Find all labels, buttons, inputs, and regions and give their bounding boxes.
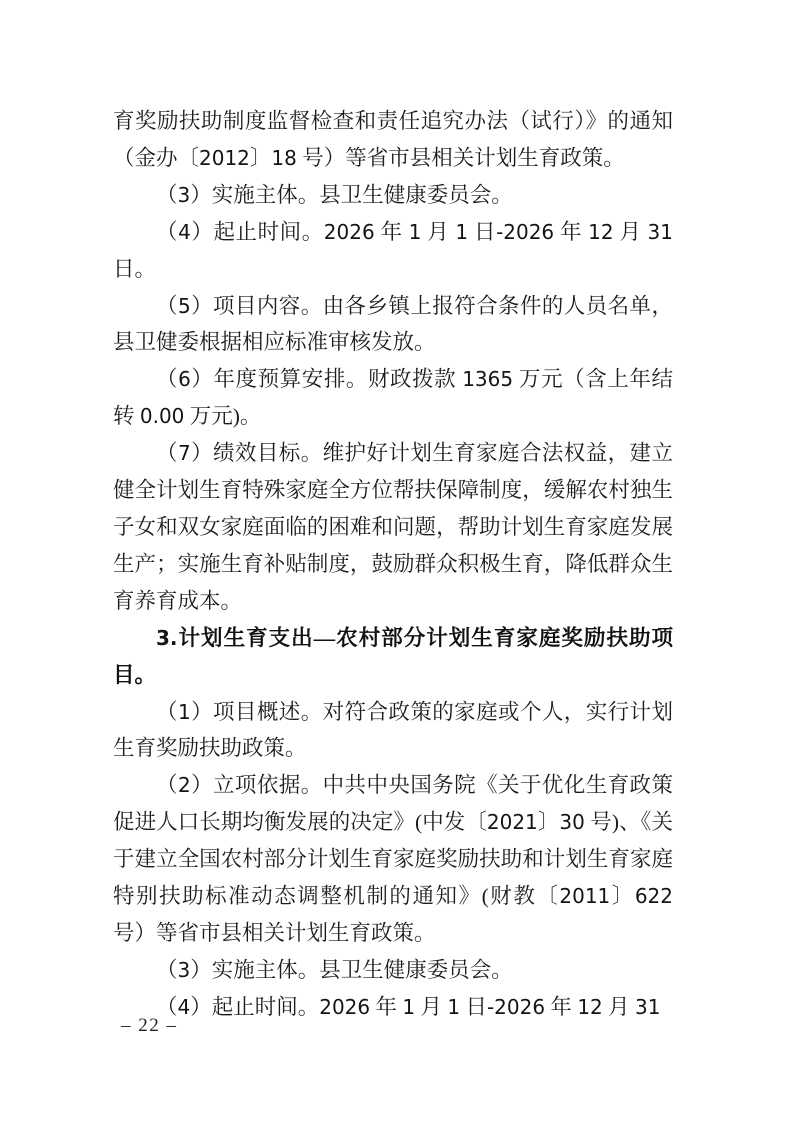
- paragraph-item-1-overview: （1）项目概述。对符合政策的家庭或个人，实行计划生育奖励扶助政策。: [113, 694, 673, 768]
- document-body: 育奖励扶助制度监督检查和责任追究办法（试行）》的通知（金办〔2012〕18 号）…: [113, 103, 673, 1026]
- paragraph-item-5-content: （5）项目内容。由各乡镇上报符合条件的人员名单，县卫健委根据相应标准审核发放。: [113, 288, 673, 362]
- document-page: 育奖励扶助制度监督检查和责任追究办法（试行）》的通知（金办〔2012〕18 号）…: [0, 0, 793, 1122]
- paragraph-item-4-timeframe: （4）起止时间。2026 年 1 月 1 日-2026 年 12 月 31 日。: [113, 214, 673, 288]
- paragraph-item-6-budget: （6）年度预算安排。财政拨款 1365 万元（含上年结转 0.00 万元)。: [113, 361, 673, 435]
- page-number: – 22 –: [121, 1013, 178, 1039]
- paragraph-item-3-implementer: （3）实施主体。县卫生健康委员会。: [113, 177, 673, 214]
- paragraph-item-2-basis: （2）立项依据。中共中央国务院《关于优化生育政策促进人口长期均衡发展的决定》(中…: [113, 767, 673, 952]
- paragraph-item-3-implementer-2: （3）实施主体。县卫生健康委员会。: [113, 952, 673, 989]
- paragraph-item-7-goals: （7）绩效目标。维护好计划生育家庭合法权益，建立健全计划生育特殊家庭全方位帮扶保…: [113, 435, 673, 620]
- paragraph-item-4-timeframe-2: （4）起止时间。2026 年 1 月 1 日-2026 年 12 月 31: [113, 989, 673, 1026]
- paragraph-continuation: 育奖励扶助制度监督检查和责任追究办法（试行）》的通知（金办〔2012〕18 号）…: [113, 103, 673, 177]
- section-heading-3: 3.计划生育支出—农村部分计划生育家庭奖励扶助项目。: [113, 620, 673, 694]
